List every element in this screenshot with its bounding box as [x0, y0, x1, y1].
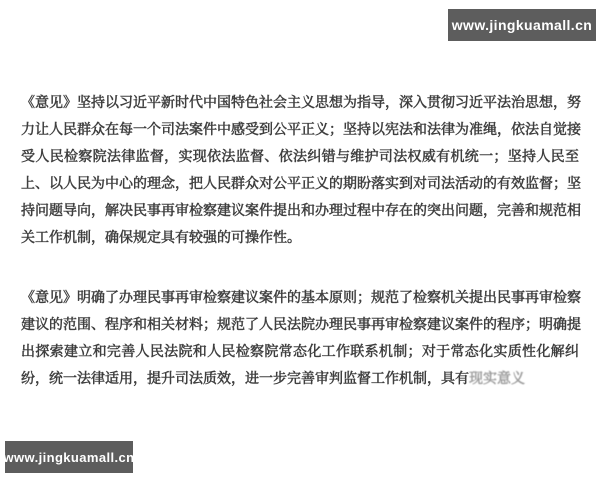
- document-body: 《意见》坚持以习近平新时代中国特色社会主义思想为指导，深入贯彻习近平法治思想，努…: [21, 89, 579, 392]
- faded-text: 现实意义: [469, 370, 525, 386]
- text-line: 关工作机制，确保规定具有较强的可操作性。: [21, 224, 579, 251]
- text-line-main: 纷，统一法律适用，提升司法质效，进一步完善审判监督工作机制，具有: [21, 370, 469, 386]
- text-line: 建议的范围、程序和相关材料；规范了人民法院办理民事再审检察建议案件的程序；明确提: [21, 311, 579, 338]
- text-line: 力让人民群众在每一个司法案件中感受到公平正义；坚持以宪法和法律为准绳，依法自觉接: [21, 116, 579, 143]
- text-line: 《意见》明确了办理民事再审检察建议案件的基本原则；规范了检察机关提出民事再审检察: [21, 284, 579, 311]
- text-line: 《意见》坚持以习近平新时代中国特色社会主义思想为指导，深入贯彻习近平法治思想，努: [21, 89, 579, 116]
- watermark-badge-top-right: www.jingkuamall.cn: [448, 9, 596, 41]
- text-line: 上、以人民为中心的理念，把人民群众对公平正义的期盼落实到对司法活动的有效监督；坚: [21, 170, 579, 197]
- watermark-url-text: www.jingkuamall.cn: [4, 450, 135, 465]
- text-line: 持问题导向，解决民事再审检察建议案件提出和办理过程中存在的突出问题，完善和规范相: [21, 197, 579, 224]
- watermark-url-text: www.jingkuamall.cn: [452, 17, 593, 33]
- page: www.jingkuamall.cn 《意见》坚持以习近平新时代中国特色社会主义…: [0, 0, 600, 480]
- text-line: 纷，统一法律适用，提升司法质效，进一步完善审判监督工作机制，具有现实意义: [21, 365, 579, 392]
- paragraph-1: 《意见》坚持以习近平新时代中国特色社会主义思想为指导，深入贯彻习近平法治思想，努…: [21, 89, 579, 251]
- text-line: 受人民检察院法律监督，实现依法监督、依法纠错与维护司法权威有机统一；坚持人民至: [21, 143, 579, 170]
- paragraph-2: 《意见》明确了办理民事再审检察建议案件的基本原则；规范了检察机关提出民事再审检察…: [21, 284, 579, 392]
- watermark-badge-bottom-left: www.jingkuamall.cn: [5, 441, 133, 473]
- text-line: 出探索建立和完善人民法院和人民检察院常态化工作联系机制；对于常态化实质性化解纠: [21, 338, 579, 365]
